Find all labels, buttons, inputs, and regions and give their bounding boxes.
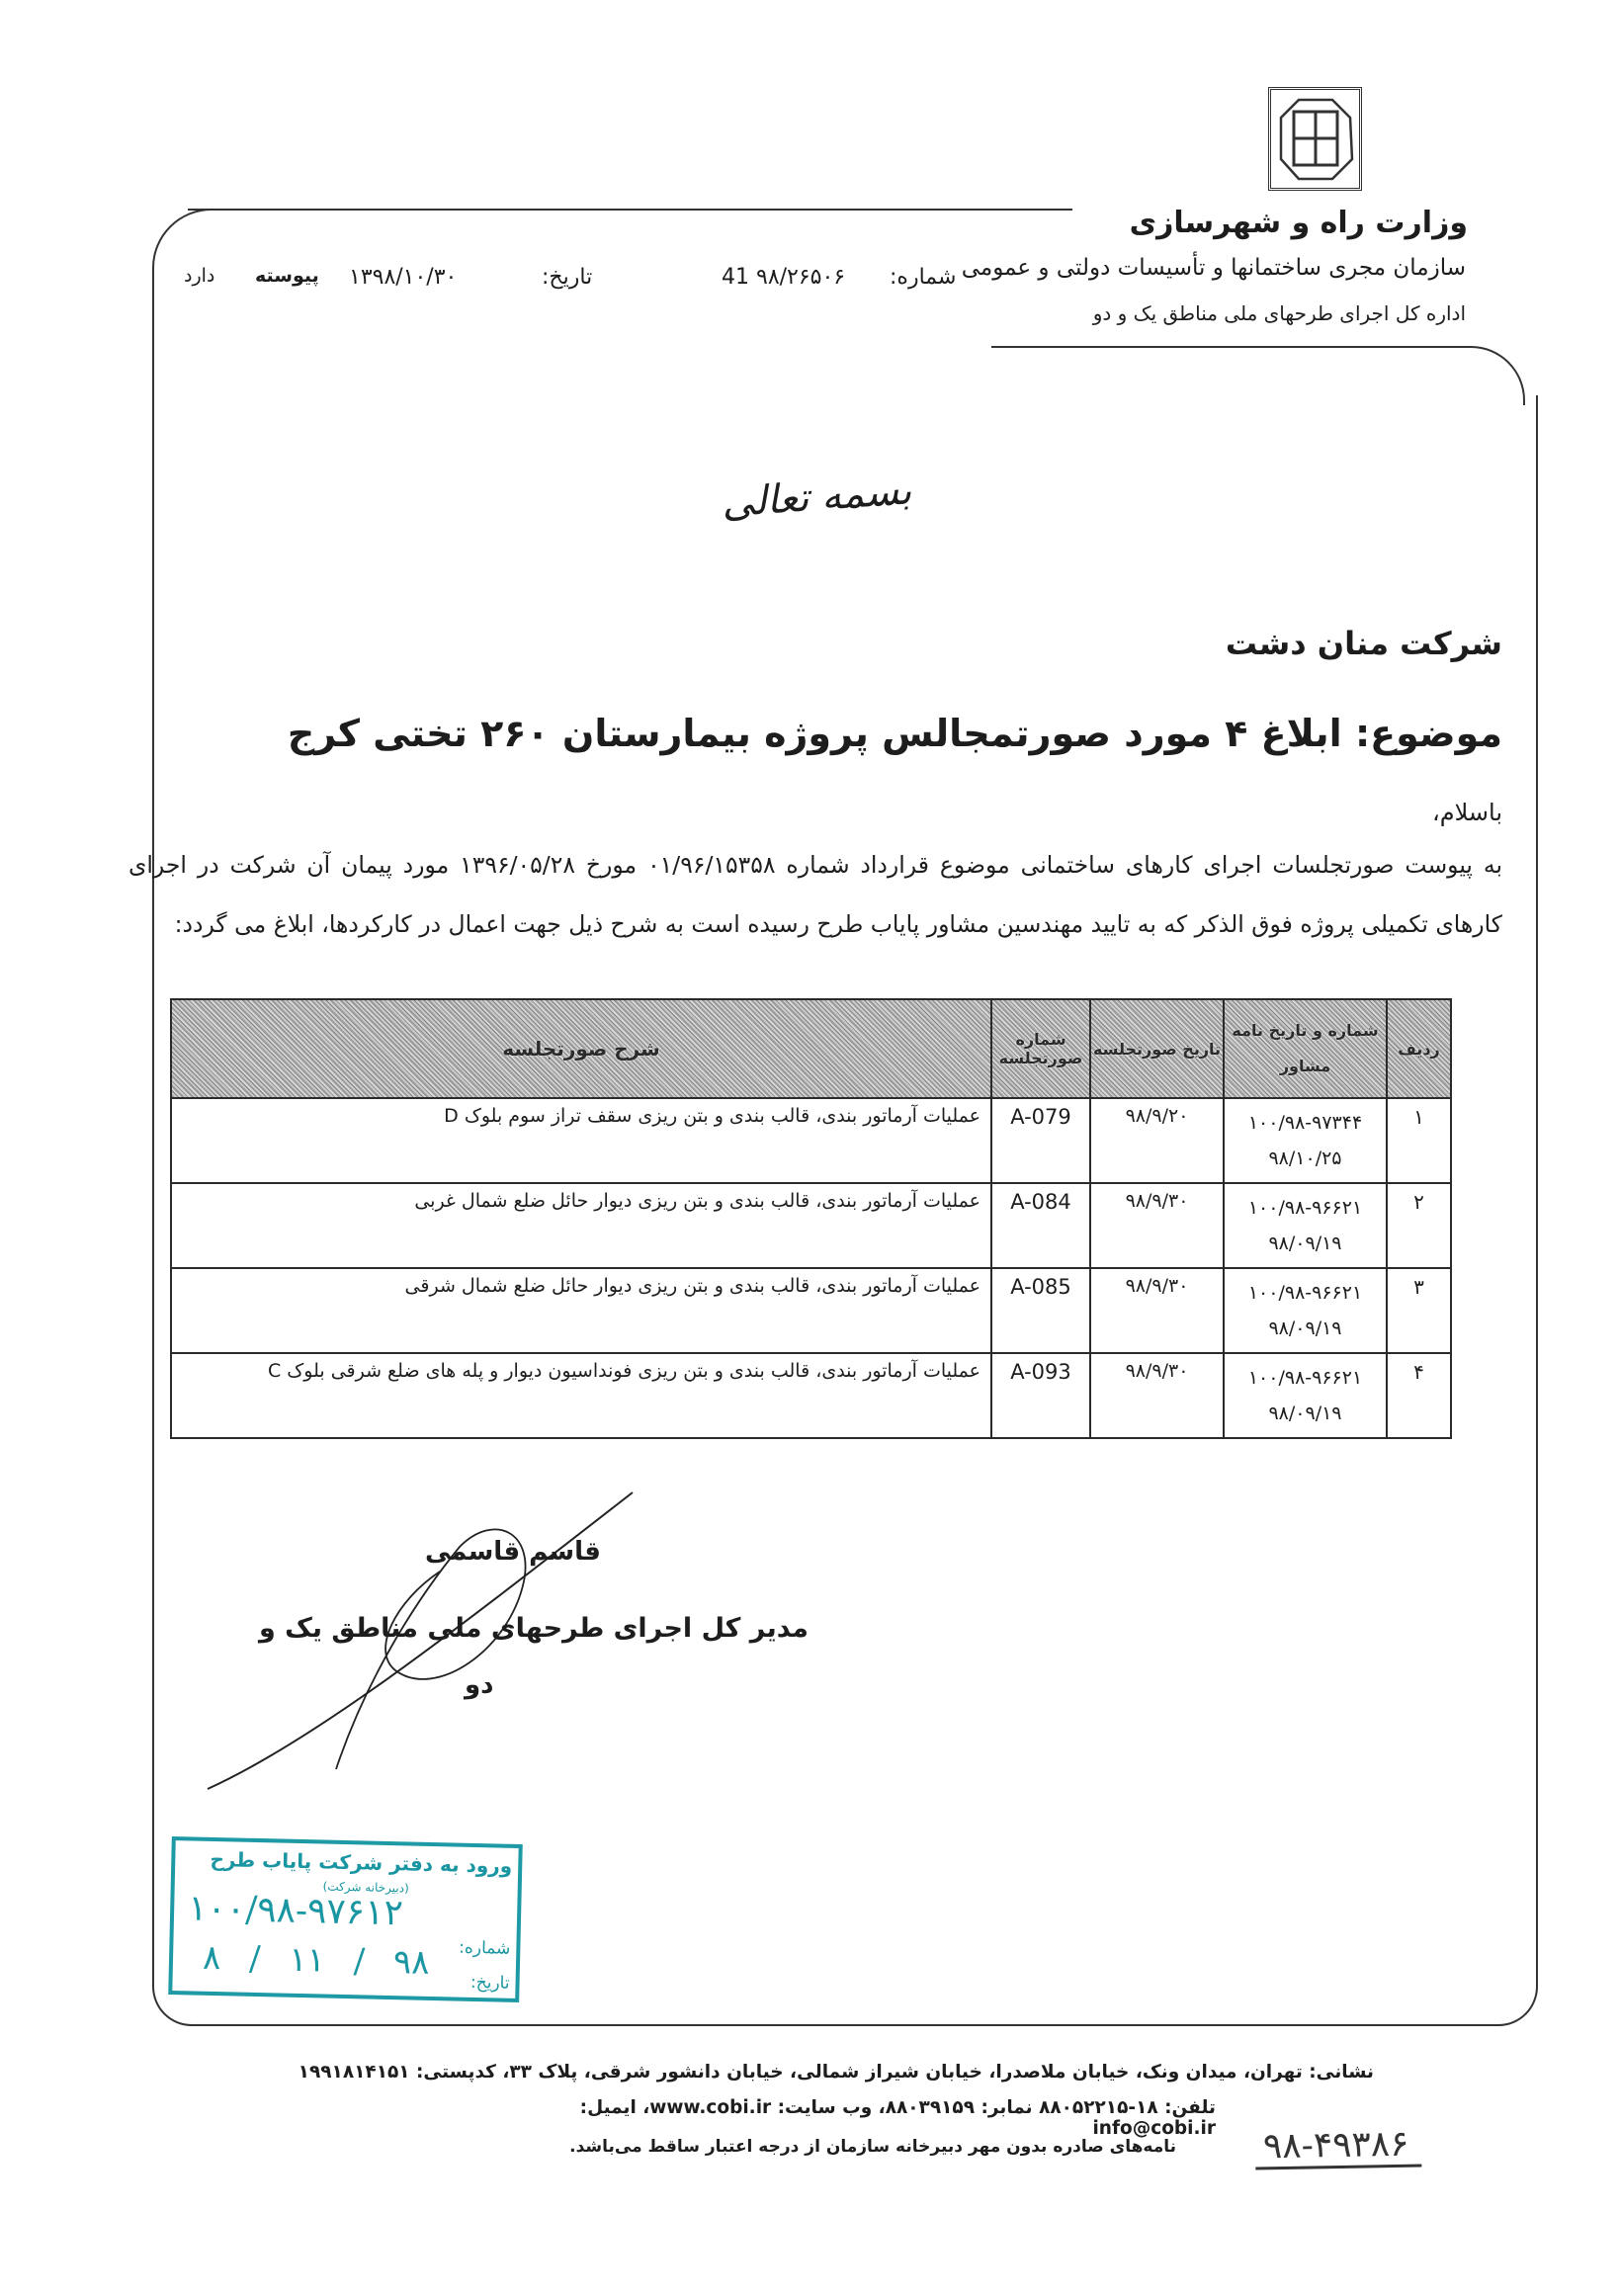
signatory-title: مدیر کل اجرای طرحهای ملی مناطق یک و — [259, 1613, 809, 1644]
row-description: عملیات آرماتور بندی، قالب بندی و بتن ریز… — [171, 1268, 991, 1353]
subject-line: موضوع: ابلاغ ۴ مورد صورتمجالس پروژه بیما… — [288, 712, 1502, 755]
attachment-label: پیوسته — [255, 265, 319, 287]
header-description: شرح صورتجلسه — [171, 999, 991, 1098]
agency-name: سازمان مجری ساختمانها و تأسیسات دولتی و … — [962, 255, 1466, 281]
row-index: ۲ — [1387, 1183, 1451, 1268]
window-emblem-icon — [1277, 96, 1354, 183]
row-letter-date: ۹۸/۰۹/۱۹ — [1233, 1226, 1378, 1261]
row-number: A-085 — [991, 1268, 1090, 1353]
row-letter-date: ۹۸/۰۹/۱۹ — [1233, 1311, 1378, 1346]
signatory-name: قاسم قاسمی — [425, 1537, 601, 1567]
basmala-heading: بسمه تعالی — [721, 468, 913, 526]
row-index: ۱ — [1387, 1098, 1451, 1183]
row-letter-number: ۱۰۰/۹۸-۹۶۶۲۱ — [1233, 1275, 1378, 1311]
letter-number-value: ۹۸/۲۶۵۰۶ 41 — [722, 265, 845, 290]
receipt-stamp: ورود به دفتر شرکت پایاب طرح (دبیرخانه شر… — [168, 1836, 523, 2002]
header-letter: شماره و تاریخ نامه مشاور — [1224, 999, 1387, 1098]
row-letter-number: ۱۰۰/۹۸-۹۶۶۲۱ — [1233, 1360, 1378, 1396]
row-number: A-079 — [991, 1098, 1090, 1183]
letter-number-label: شماره: — [890, 265, 956, 290]
row-description: عملیات آرماتور بندی، قالب بندی و بتن ریز… — [171, 1098, 991, 1183]
table-row: ۳ ۱۰۰/۹۸-۹۶۶۲۱ ۹۸/۰۹/۱۹ ۹۸/۹/۳۰ A-085 عم… — [171, 1268, 1451, 1353]
row-date: ۹۸/۹/۳۰ — [1090, 1353, 1224, 1438]
frame-top-line — [188, 209, 1072, 211]
department-name: اداره کل اجرای طرحهای ملی مناطق یک و دو — [1093, 301, 1466, 325]
row-date: ۹۸/۹/۲۰ — [1090, 1098, 1224, 1183]
ministry-logo — [1268, 87, 1362, 191]
frame-right-corner — [991, 346, 1525, 405]
row-letter-number: ۱۰۰/۹۸-۹۷۳۴۴ — [1233, 1105, 1378, 1141]
row-number: A-093 — [991, 1353, 1090, 1438]
handwritten-reference-number: ۹۸-۴۹۳۸۶ — [1255, 2124, 1421, 2170]
row-description: عملیات آرماتور بندی، قالب بندی و بتن ریز… — [171, 1183, 991, 1268]
frame-right-line — [1536, 395, 1538, 1967]
table-header-row: ردیف شماره و تاریخ نامه مشاور تاریخ صورت… — [171, 999, 1451, 1098]
stamp-number-label: شماره: — [459, 1938, 511, 1959]
row-date: ۹۸/۹/۳۰ — [1090, 1268, 1224, 1353]
row-letter-number: ۱۰۰/۹۸-۹۶۶۲۱ — [1233, 1190, 1378, 1226]
row-index: ۴ — [1387, 1353, 1451, 1438]
row-letter: ۱۰۰/۹۸-۹۶۶۲۱ ۹۸/۰۹/۱۹ — [1224, 1353, 1387, 1438]
letter-date-label: تاریخ: — [542, 265, 592, 290]
row-letter: ۱۰۰/۹۸-۹۶۶۲۱ ۹۸/۰۹/۱۹ — [1224, 1183, 1387, 1268]
row-index: ۳ — [1387, 1268, 1451, 1353]
row-date: ۹۸/۹/۳۰ — [1090, 1183, 1224, 1268]
table-row: ۱ ۱۰۰/۹۸-۹۷۳۴۴ ۹۸/۱۰/۲۵ ۹۸/۹/۲۰ A-079 عم… — [171, 1098, 1451, 1183]
row-number: A-084 — [991, 1183, 1090, 1268]
header-date: تاریخ صورتجلسه — [1090, 999, 1224, 1098]
footer-address: نشانی: تهران، میدان ونک، خیابان ملاصدرا،… — [272, 2062, 1374, 2083]
row-letter-date: ۹۸/۰۹/۱۹ — [1233, 1396, 1378, 1431]
row-letter: ۱۰۰/۹۸-۹۶۶۲۱ ۹۸/۰۹/۱۹ — [1224, 1268, 1387, 1353]
ministry-name: وزارت راه و شهرسازی — [1130, 206, 1468, 240]
stamp-date-label: تاریخ: — [470, 1973, 510, 1994]
footer-contact: تلفن: ۱۸-۸۸۰۵۲۲۱۵ نمابر: ۸۸۰۳۹۱۵۹، وب سا… — [465, 2097, 1216, 2139]
stamp-number-value: ۱۰۰/۹۸-۹۷۶۱۲ — [188, 1888, 404, 1933]
minutes-table: ردیف شماره و تاریخ نامه مشاور تاریخ صورت… — [170, 998, 1452, 1439]
attachment-value: دارد — [184, 265, 214, 287]
body-paragraph: به پیوست صورتجلسات اجرای کارهای ساختمانی… — [128, 835, 1502, 954]
greeting: باسلام، — [1432, 799, 1502, 826]
stamp-date-value: ۹۸ / ۱۱ / ۸ — [203, 1938, 430, 1983]
table-row: ۴ ۱۰۰/۹۸-۹۶۶۲۱ ۹۸/۰۹/۱۹ ۹۸/۹/۳۰ A-093 عم… — [171, 1353, 1451, 1438]
stamp-title: ورود به دفتر شرکت پایاب طرح — [210, 1847, 512, 1878]
row-letter: ۱۰۰/۹۸-۹۷۳۴۴ ۹۸/۱۰/۲۵ — [1224, 1098, 1387, 1183]
letter-date-value: ۱۳۹۸/۱۰/۳۰ — [349, 265, 457, 290]
frame-left-line — [152, 267, 154, 1982]
recipient: شرکت منان دشت — [1226, 625, 1502, 662]
table-row: ۲ ۱۰۰/۹۸-۹۶۶۲۱ ۹۸/۰۹/۱۹ ۹۸/۹/۳۰ A-084 عم… — [171, 1183, 1451, 1268]
signatory-title-continued: دو — [465, 1670, 494, 1700]
row-letter-date: ۹۸/۱۰/۲۵ — [1233, 1141, 1378, 1176]
header-number: شماره صورتجلسه — [991, 999, 1090, 1098]
footer-validity-note: نامه‌های صادره بدون مهر دبیرخانه سازمان … — [494, 2137, 1176, 2157]
row-description: عملیات آرماتور بندی، قالب بندی و بتن ریز… — [171, 1353, 991, 1438]
header-index: ردیف — [1387, 999, 1451, 1098]
